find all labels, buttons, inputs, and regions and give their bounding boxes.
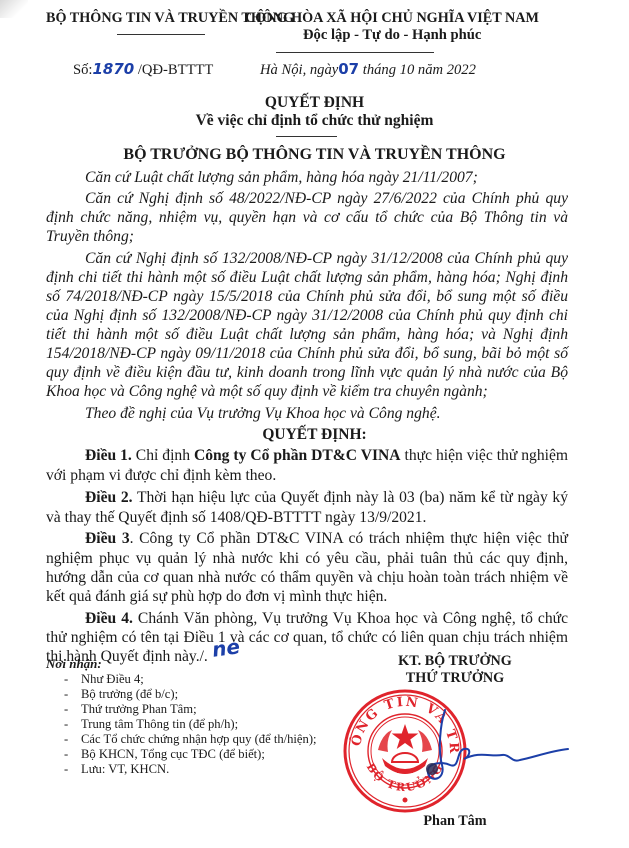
recipient-item: -Thứ trưởng Phan Tâm;: [64, 702, 197, 717]
preamble-line: Khoa học và Công nghệ và một số quy định…: [46, 382, 568, 402]
number-suffix: /QĐ-BTTTT: [138, 62, 213, 78]
signer-name: Phan Tâm: [380, 813, 530, 830]
document-date: Hà Nội, ngày07 tháng 10 năm 2022: [260, 60, 476, 79]
article-label: Điều 1.: [85, 447, 132, 464]
preamble-line: số 74/2018/NĐ-CP ngày 15/5/2018 của Chín…: [46, 287, 568, 307]
article-1-line-1: Điều 1. Chỉ định Công ty Cổ phần DT&C VI…: [46, 446, 568, 466]
article-label: Điều 2.: [85, 489, 133, 506]
preamble-line: 154/2018/NĐ-CP ngày 09/11/2018 của Chính…: [46, 344, 568, 364]
signature-title-1: KT. BỘ TRƯỞNG: [380, 653, 530, 670]
recipient-item: -Lưu: VT, KHCN.: [64, 762, 169, 777]
scan-edge-shade: [0, 0, 28, 18]
article-2-line-1: Điều 2. Thời hạn hiệu lực của Quyết định…: [46, 488, 568, 508]
number-prefix: Số:: [73, 62, 92, 78]
handwritten-number: 1870: [92, 60, 134, 78]
article-4-line-1: Điều 4. Chánh Văn phòng, Vụ trưởng Vụ Kh…: [46, 609, 568, 629]
national-title: CỘNG HÒA XÃ HỘI CHỦ NGHĨA VIỆT NAM: [245, 10, 539, 27]
preamble-line: quy định về điều kiện đầu tư, kinh doanh…: [46, 363, 568, 383]
decision-heading: QUYẾT ĐỊNH:: [0, 426, 629, 444]
designated-company: Công ty Cổ phần DT&C VINA: [194, 447, 401, 464]
recipient-item: -Bộ trưởng (để b/c);: [64, 687, 178, 702]
document-number: Số:1870 /QĐ-BTTTT: [73, 60, 213, 79]
preamble-line: Căn cứ Nghị định số 48/2022/NĐ-CP ngày 2…: [46, 189, 568, 209]
handwritten-signature-icon: [420, 705, 570, 795]
document-page: BỘ THÔNG TIN VÀ TRUYỀN THÔNG CỘNG HÒA XÃ…: [0, 0, 629, 848]
preamble-line: Căn cứ Luật chất lượng sản phẩm, hàng hó…: [46, 168, 568, 188]
date-prefix: Hà Nội, ngày: [260, 62, 338, 78]
preamble-line: định chi tiết thi hành một số điều Luật …: [46, 268, 568, 288]
issuing-authority: BỘ TRƯỞNG BỘ THÔNG TIN VÀ TRUYỀN THÔNG: [0, 146, 629, 164]
article-2-line-2: và thay thế Quyết định số 1408/QĐ-BTTTT …: [46, 508, 568, 528]
article-4-line-2: thử nghiệm có tên tại Điều 1 và các cơ q…: [46, 628, 568, 648]
agency-underline: [117, 34, 205, 35]
preamble-line: Truyền thông;: [46, 227, 568, 247]
article-1-line-2: với phạm vi được chỉ định kèm theo.: [46, 466, 568, 486]
preamble-line: tiết thi hành một số điều Luật chất lượn…: [46, 325, 568, 345]
recipient-item: -Như Điều 4;: [64, 672, 144, 687]
subject-underline: [276, 136, 337, 137]
preamble-line: Theo đề nghị của Vụ trưởng Vụ Khoa học v…: [46, 404, 568, 424]
preamble-line: định chức năng, nhiệm vụ, quyền hạn và c…: [46, 208, 568, 228]
recipients-heading: Nơi nhận:: [46, 656, 102, 671]
recipient-item: -Bộ KHCN, Tổng cục TĐC (để biết);: [64, 747, 265, 762]
article-3-line-2: nghiệm phục vụ quản lý nhà nước khi có y…: [46, 549, 568, 569]
handwritten-day: 07: [338, 60, 359, 78]
document-type: QUYẾT ĐỊNH: [0, 94, 629, 112]
article-label: Điều 3: [85, 530, 130, 547]
article-3-line-1: Điều 3. Công ty Cổ phần DT&C VINA có trá…: [46, 529, 568, 549]
article-label: Điều 4.: [85, 610, 133, 627]
article-3-line-3: hướng dẫn của cơ quan nhà nước có thẩm q…: [46, 568, 568, 588]
handwritten-initials: ne: [210, 634, 241, 662]
recipient-item: -Trung tâm Thông tin (để ph/h);: [64, 717, 238, 732]
preamble-line: Căn cứ Nghị định số 132/2008/NĐ-CP ngày …: [46, 249, 568, 269]
date-suffix: tháng 10 năm 2022: [363, 62, 476, 78]
preamble-line: của Nghị định số 132/2008/NĐ-CP ngày 31/…: [46, 306, 568, 326]
motto-underline: [276, 52, 434, 53]
signature-title-2: THỨ TRƯỞNG: [380, 670, 530, 687]
article-3-line-4: kết quả đánh giá sự phù hợp do đơn vị mì…: [46, 587, 568, 607]
national-motto: Độc lập - Tự do - Hạnh phúc: [303, 27, 481, 44]
recipient-item: -Các Tổ chức chứng nhận hợp quy (để th/h…: [64, 732, 317, 747]
document-subject: Về việc chỉ định tổ chức thử nghiệm: [0, 112, 629, 130]
